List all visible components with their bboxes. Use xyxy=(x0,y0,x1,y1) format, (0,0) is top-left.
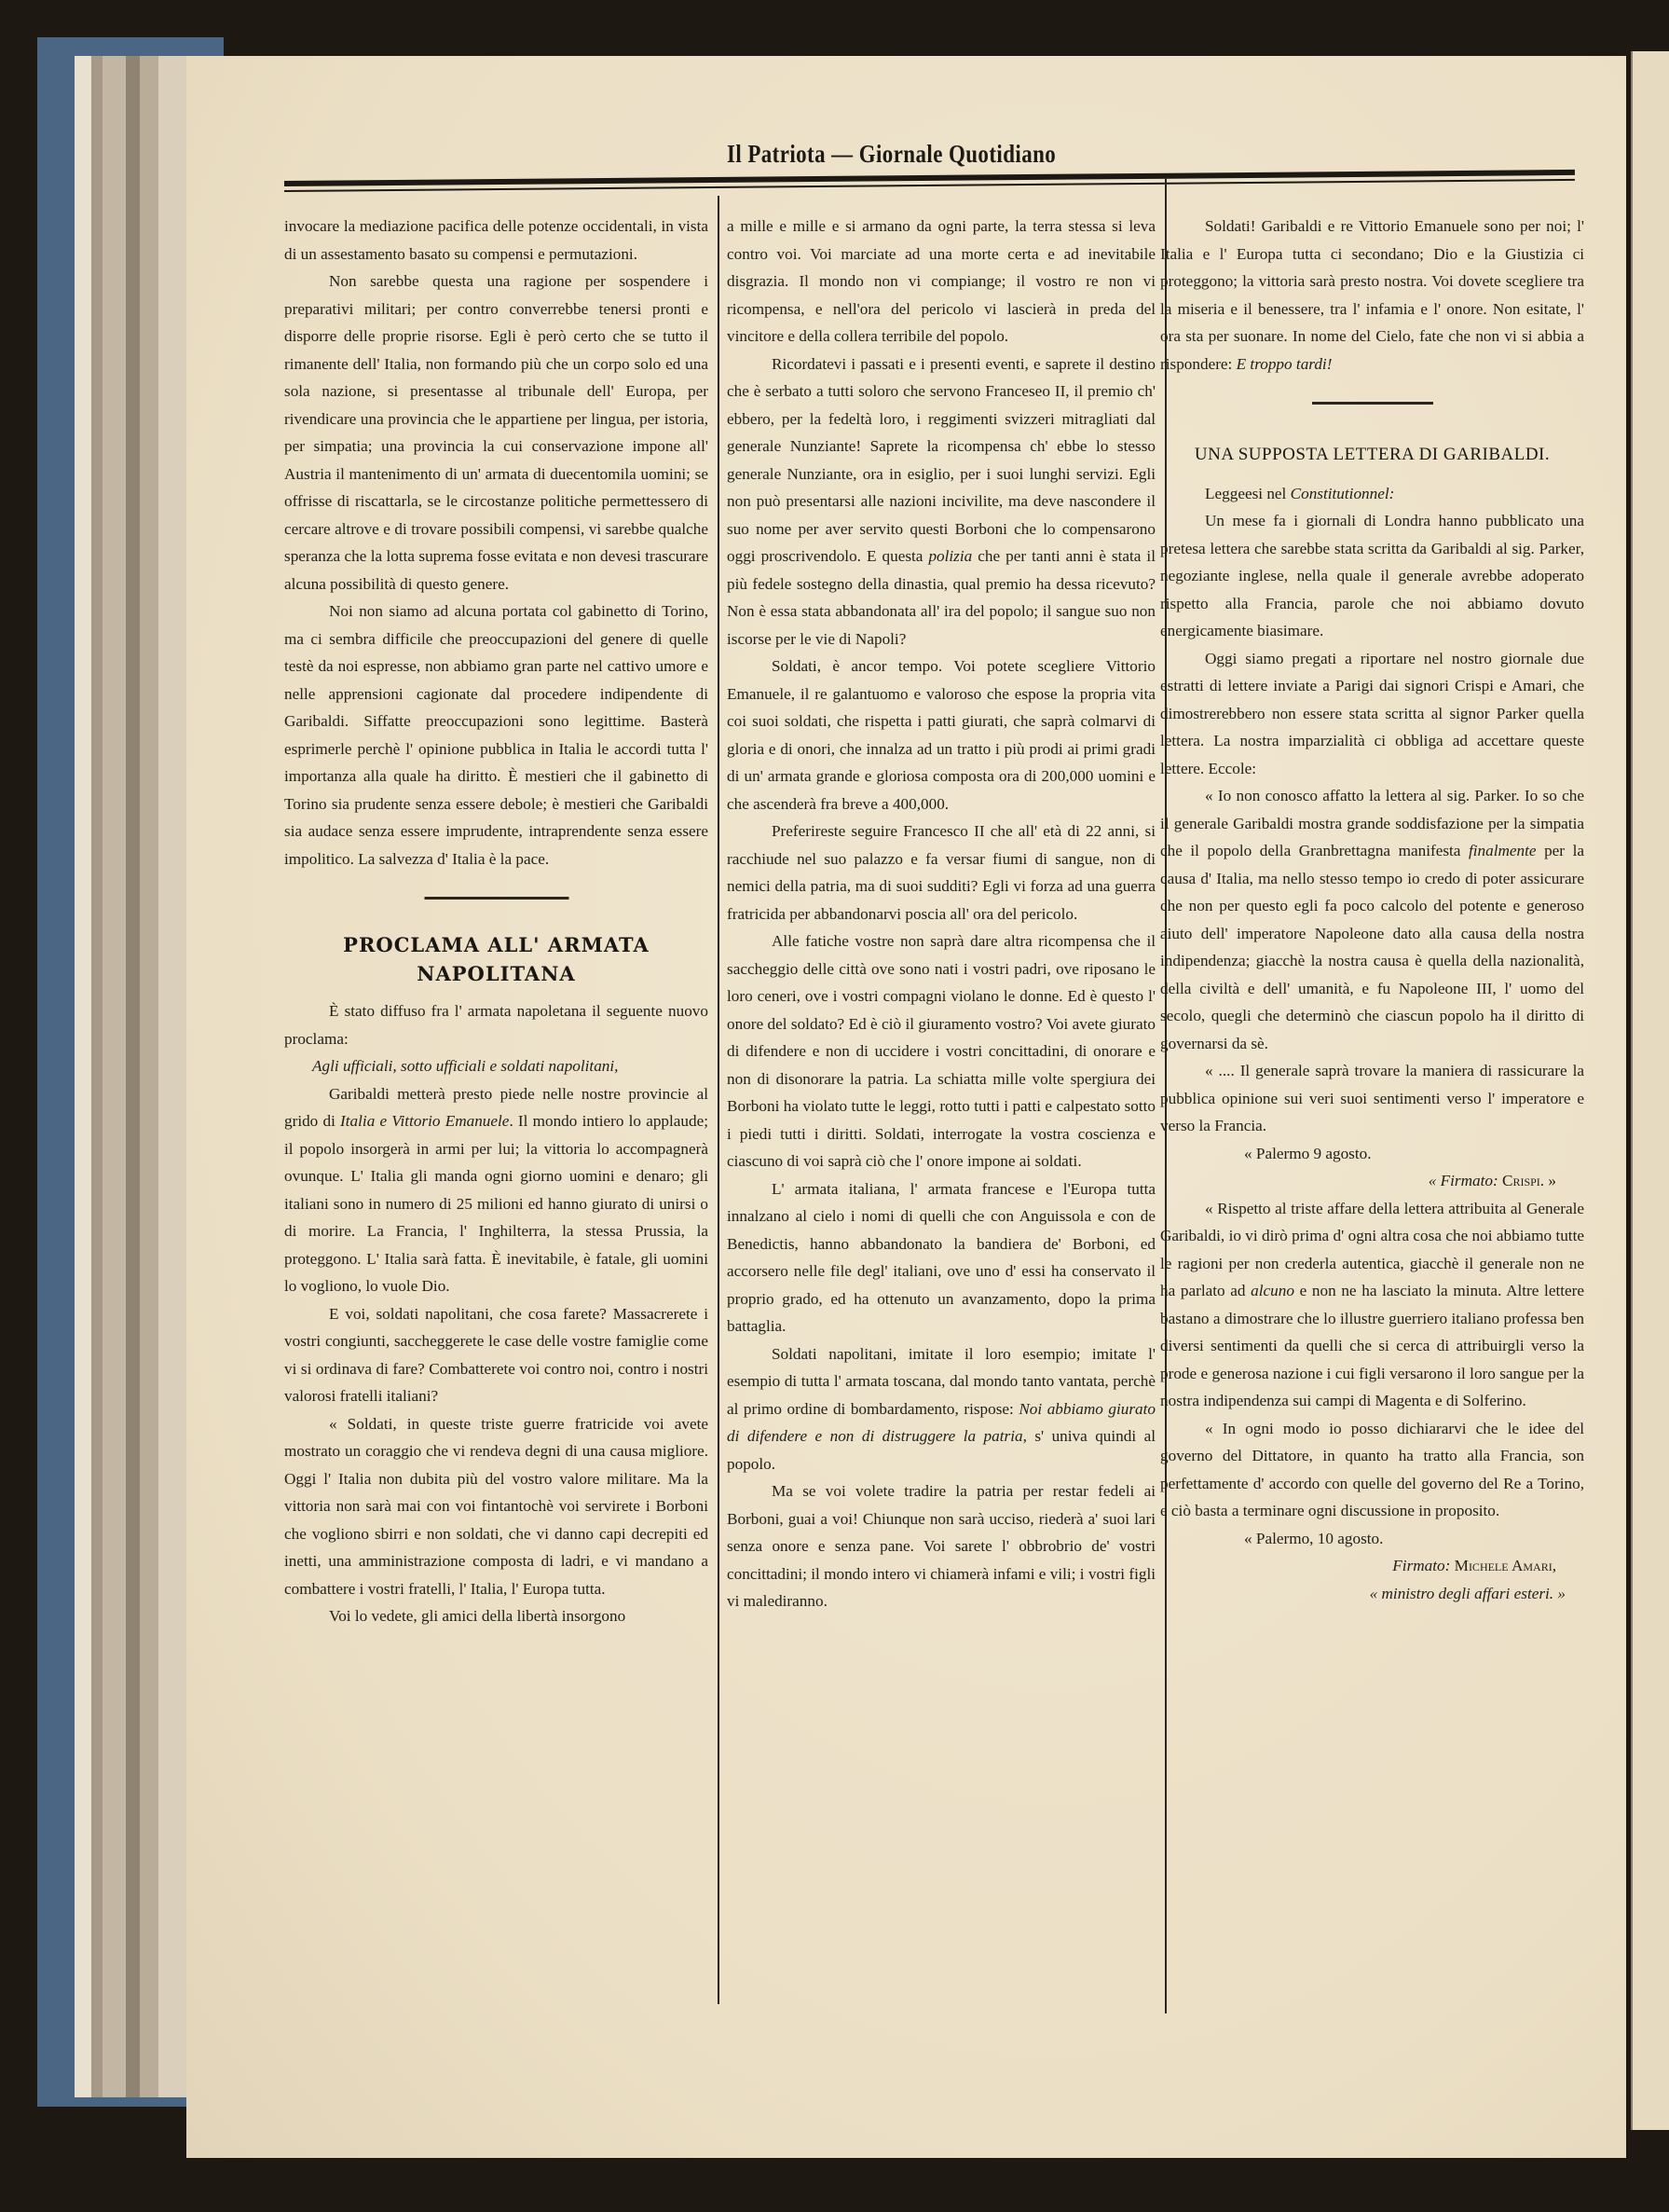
paragraph: a mille e mille e si armano da ogni part… xyxy=(727,213,1156,350)
paragraph: Soldati napolitani, imitate il loro esem… xyxy=(727,1340,1156,1478)
salutation: Agli ufficiali, sotto ufficiali e soldat… xyxy=(284,1052,708,1080)
emphasis: E troppo tardi! xyxy=(1237,355,1333,373)
article-heading-proclama: PROCLAMA ALL' ARMATA NAPOLITANA xyxy=(284,923,708,997)
emphasis: finalmente xyxy=(1469,842,1537,859)
quoted-letter: « In ogni modo io posso dichiararvi che … xyxy=(1160,1415,1584,1525)
section-ornament xyxy=(284,872,708,923)
paragraph: Oggi siamo pregati a riportare nel nostr… xyxy=(1160,645,1584,783)
quoted-letter: « .... Il generale saprà trovare la mani… xyxy=(1160,1057,1584,1140)
ornament-line xyxy=(1312,402,1433,405)
paragraph: Non sarebbe questa una ragione per sospe… xyxy=(284,268,708,598)
emphasis: Constitutionnel: xyxy=(1291,485,1395,502)
letter-date: « Palermo, 10 agosto. xyxy=(1160,1525,1584,1553)
paragraph: invocare la mediazione pacifica delle po… xyxy=(284,213,708,268)
emphasis: polizia xyxy=(928,547,972,565)
emphasis: Italia e Vittorio Emanuele xyxy=(340,1112,509,1130)
paragraph: Alle fatiche vostre non saprà dare altra… xyxy=(727,927,1156,1175)
paragraph: Leggeesi nel Constitutionnel: xyxy=(1160,480,1584,508)
paragraph: Voi lo vedete, gli amici della libertà i… xyxy=(284,1602,708,1630)
article-heading-lettera: UNA SUPPOSTA LETTERA DI GARIBALDI. xyxy=(1160,432,1584,480)
paragraph: Garibaldi metterà presto piede nelle nos… xyxy=(284,1080,708,1300)
masthead: Il Patriota — Giornale Quotidiano xyxy=(284,140,1575,186)
column-divider-1 xyxy=(718,196,719,2004)
paragraph: Preferireste seguire Francesco II che al… xyxy=(727,817,1156,927)
book-page-edges xyxy=(75,56,186,2097)
letter-date: « Palermo 9 agosto. xyxy=(1160,1140,1584,1168)
letter-signature: Firmato: Michele Amari, xyxy=(1160,1552,1584,1580)
emphasis: alcuno xyxy=(1251,1282,1294,1299)
paragraph: Soldati! Garibaldi e re Vittorio Emanuel… xyxy=(1160,213,1584,378)
column-1: invocare la mediazione pacifica delle po… xyxy=(284,213,708,1630)
paragraph: Soldati, è ancor tempo. Voi potete scegl… xyxy=(727,653,1156,817)
adjacent-page-edge xyxy=(1631,51,1669,2130)
signatory-role: « ministro degli affari esteri. » xyxy=(1160,1580,1584,1608)
ornament-line xyxy=(424,897,568,900)
paragraph: Un mese fa i giornali di Londra hanno pu… xyxy=(1160,507,1584,645)
quoted-letter: « Rispetto al triste affare della letter… xyxy=(1160,1195,1584,1415)
column-2: a mille e mille e si armano da ogni part… xyxy=(727,213,1156,1615)
quoted-letter: « Io non conosco affatto la lettera al s… xyxy=(1160,782,1584,1057)
section-ornament xyxy=(1160,378,1584,432)
paragraph: E voi, soldati napolitani, che cosa fare… xyxy=(284,1300,708,1410)
heading-line: NAPOLITANA xyxy=(284,959,708,988)
paragraph: « Soldati, in queste triste guerre fratr… xyxy=(284,1410,708,1603)
letter-signature: « Firmato: Crispi. » xyxy=(1160,1167,1584,1195)
paragraph: Noi non siamo ad alcuna portata col gabi… xyxy=(284,598,708,872)
paragraph: L' armata italiana, l' armata francese e… xyxy=(727,1175,1156,1340)
paragraph: Ma se voi volete tradire la patria per r… xyxy=(727,1477,1156,1615)
heading-line: PROCLAMA ALL' ARMATA xyxy=(284,930,708,959)
paragraph: È stato diffuso fra l' armata napoletana… xyxy=(284,997,708,1052)
masthead-title: Il Patriota — Giornale Quotidiano xyxy=(727,140,1056,169)
paragraph: Ricordatevi i passati e i presenti event… xyxy=(727,350,1156,653)
column-3: Soldati! Garibaldi e re Vittorio Emanuel… xyxy=(1160,213,1584,1607)
